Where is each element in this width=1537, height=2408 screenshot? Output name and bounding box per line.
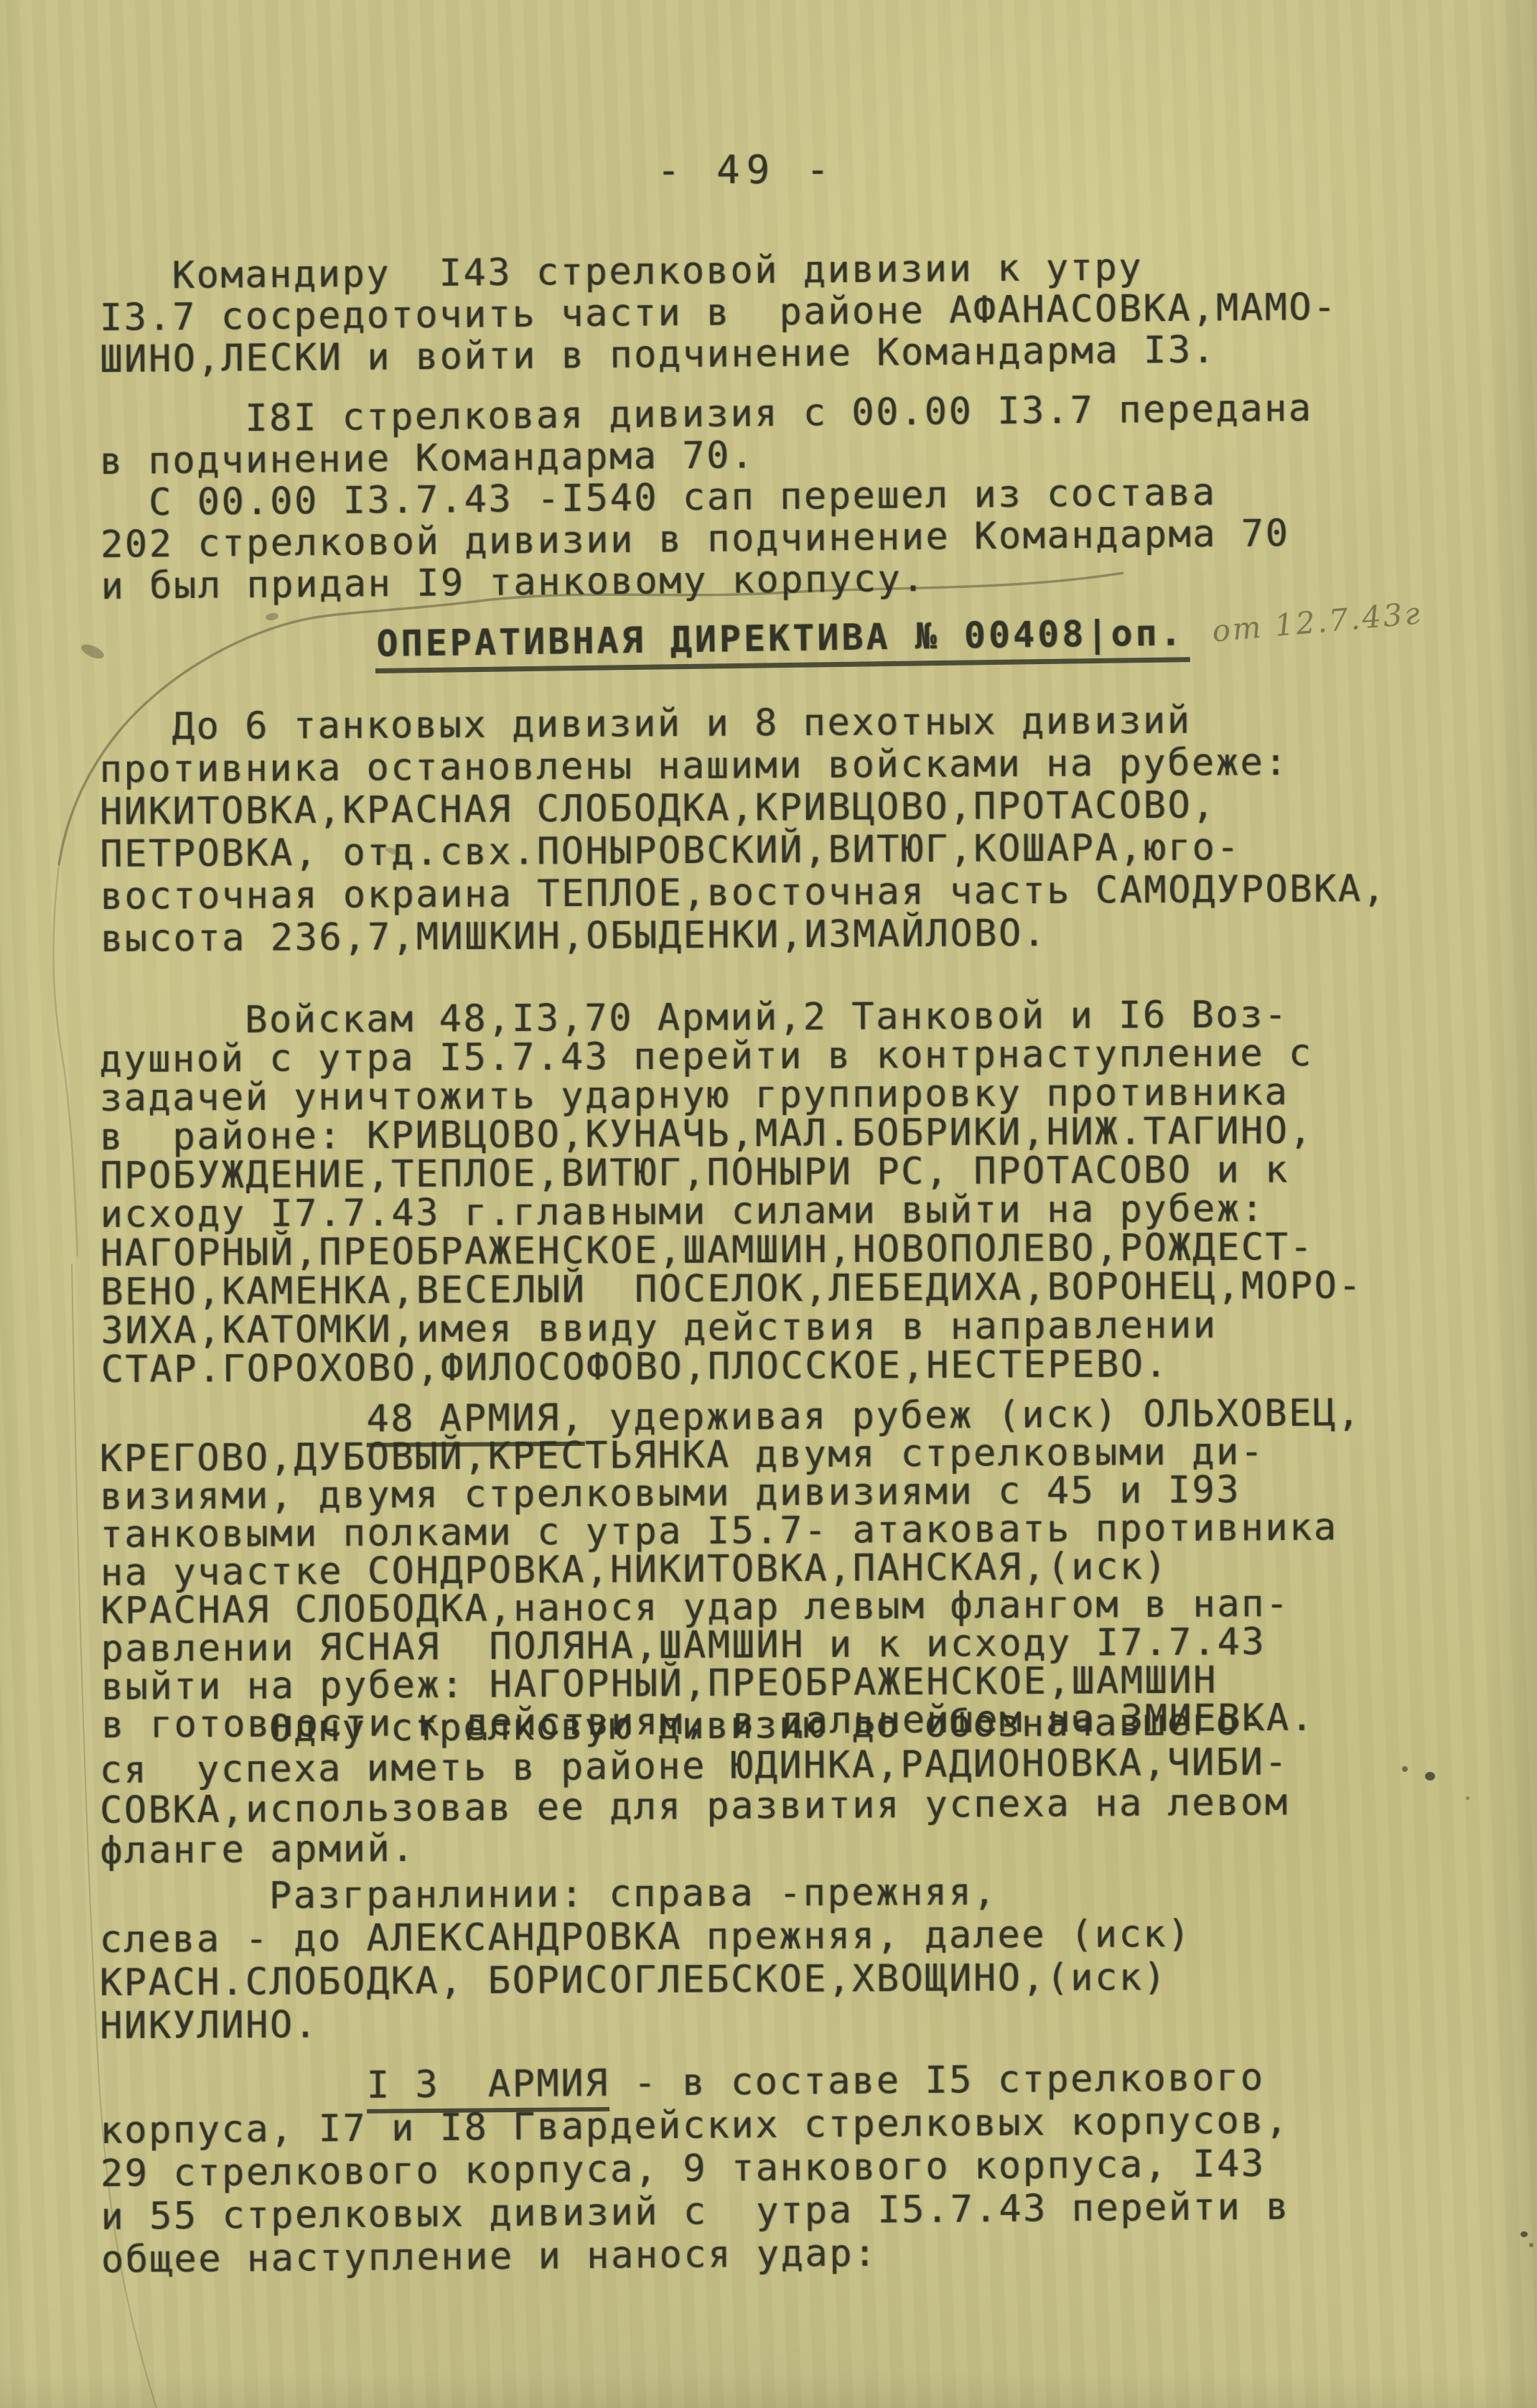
paragraph-counteroffensive-order: Войскам 48,I3,70 Армий,2 Танковой и I6 В…	[99, 994, 1494, 1389]
page-number: - 49 -	[657, 146, 836, 192]
paragraph-143-division-order: Командиру I43 стрелковой дивизии к утру …	[99, 243, 1492, 381]
paragraph-indent	[197, 2064, 367, 2109]
pencil-smudge	[265, 612, 279, 622]
paragraph-13-army: I 3 АРМИЯ - в составе I5 стрелкового кор…	[99, 2011, 1495, 2325]
pencil-smudge	[79, 642, 106, 662]
handwritten-date-note: от 12.7.43г	[1210, 595, 1423, 648]
paragraph-enemy-halted: До 6 танковых дивизий и 8 пехотных дивиз…	[99, 698, 1493, 961]
directive-heading: ОПЕРАТИВНАЯ ДИРЕКТИВА № 00408|оп.	[375, 612, 1190, 673]
paragraph-48-army-text: удерживая рубеж (иск) ОЛЬХОВЕЦ, КРЕГОВО,…	[100, 1391, 1362, 1747]
ink-speck	[1425, 1772, 1435, 1781]
paragraph-reserve-division: Одну стрелковую дивизию до обозначавшего…	[99, 1700, 1493, 1871]
ink-speck	[1466, 1796, 1470, 1800]
ink-speck	[1529, 2243, 1533, 2247]
directive-heading-text: ОПЕРАТИВНАЯ ДИРЕКТИВА № 00408|оп.	[375, 612, 1190, 673]
pencil-stroke-fade	[53, 865, 78, 1256]
ink-speck	[1402, 1766, 1408, 1772]
ink-speck	[1520, 2231, 1528, 2237]
scanned-document-page: - 49 - Командиру I43 стрелковой дивизии …	[0, 0, 1537, 2408]
paragraph-181-division-transfer: I8I стрелковая дивизия с 00.00 I3.7 пере…	[99, 386, 1494, 607]
